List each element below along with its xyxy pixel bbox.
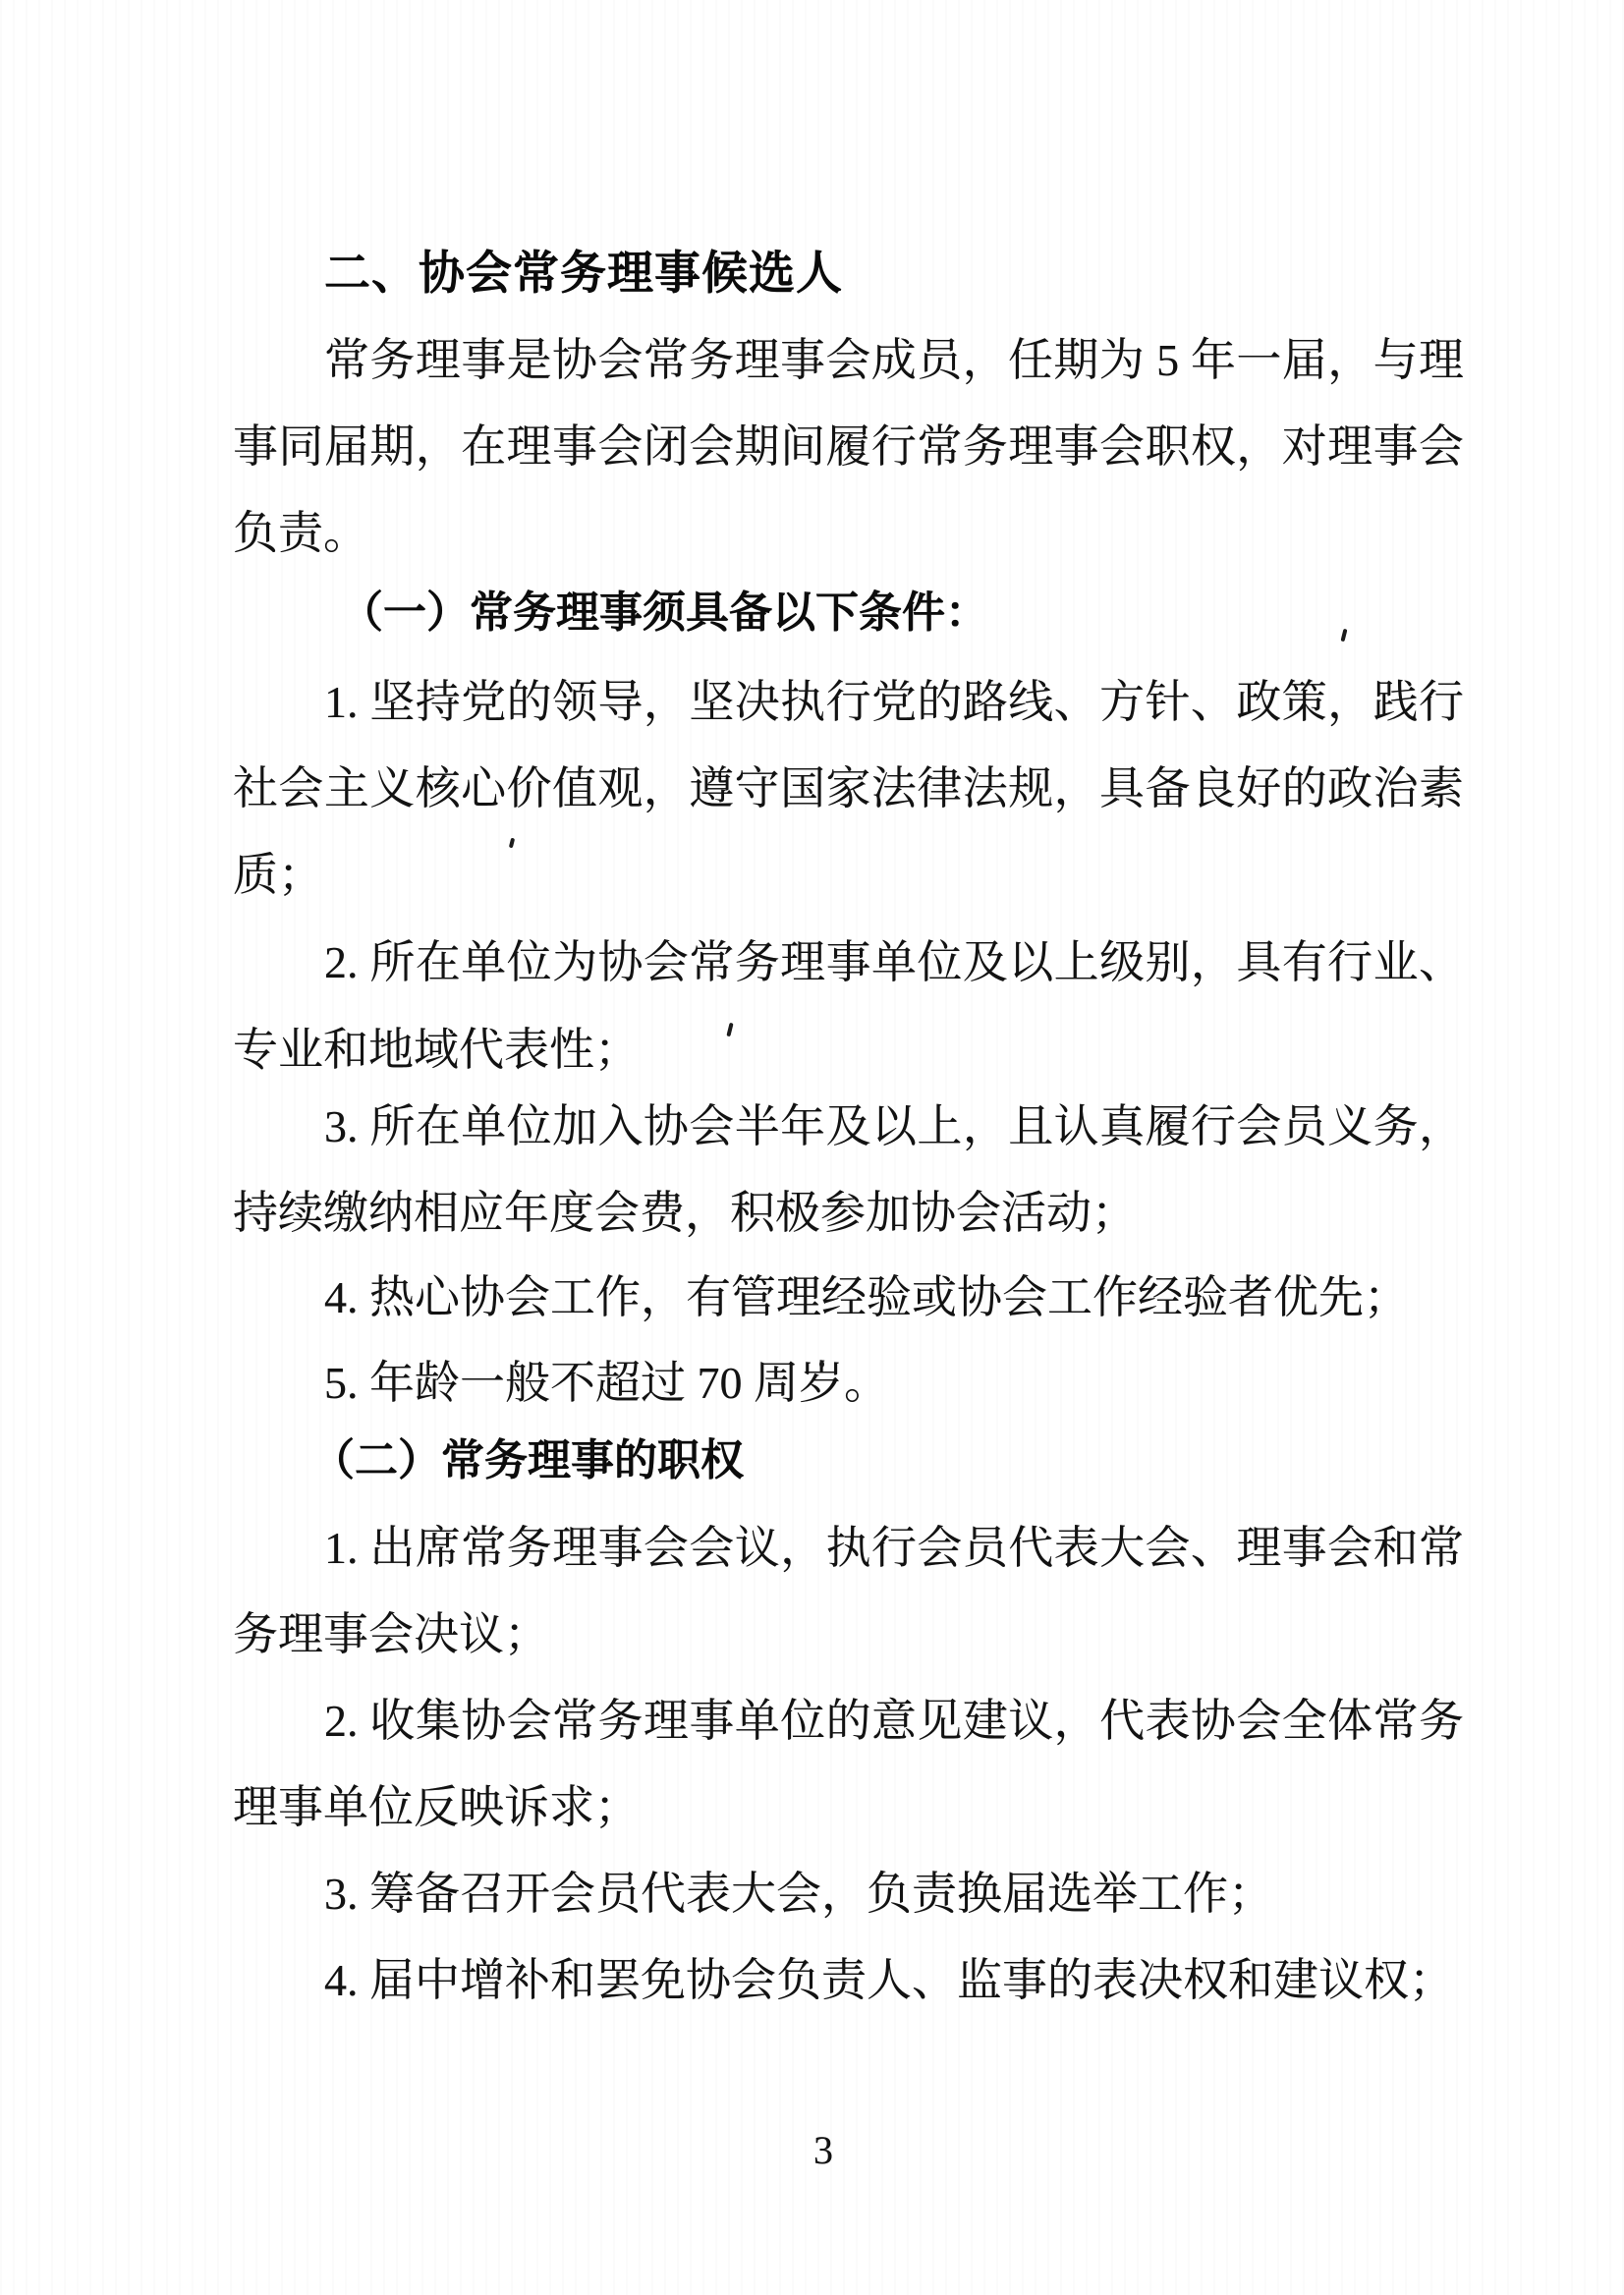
list-item-line: 1. 坚持党的领导，坚决执行党的路线、方针、政策，践行 [324, 677, 1464, 728]
page-number: 3 [764, 2125, 882, 2176]
list-item-line: 1. 出席常务理事会会议，执行会员代表大会、理事会和常 [324, 1523, 1464, 1574]
scanned-document-page: { "colors": { "ink": "#121212", "paper":… [0, 0, 1624, 2295]
list-item-line: 3. 筹备召开会员代表大会，负责换届选举工作； [324, 1869, 1273, 1920]
list-item-line: 2. 所在单位为协会常务理事单位及以上级别，具有行业、 [324, 937, 1464, 988]
ink-speck [1340, 629, 1347, 643]
list-item-line: 5. 年龄一般不超过 70 周岁。 [324, 1358, 889, 1409]
paragraph-line: 负责。 [233, 508, 368, 559]
heading-level-1: 二、协会常务理事候选人 [324, 248, 843, 299]
heading-level-2: （二）常务理事的职权 [311, 1435, 744, 1486]
list-item-line: 质； [233, 850, 323, 901]
list-item-line: 专业和地域代表性； [233, 1025, 640, 1076]
list-item-line: 4. 届中增补和罢免协会负责人、监事的表决权和建议权； [324, 1955, 1454, 2006]
list-item-line: 4. 热心协会工作，有管理经验或协会工作经验者优先； [324, 1272, 1409, 1323]
list-item-line: 持续缴纳相应年度会费，积极参加协会活动； [233, 1188, 1137, 1239]
list-item-line: 务理事会决议； [233, 1609, 549, 1660]
heading-level-2: （一）常务理事须具备以下条件： [340, 588, 988, 639]
ink-speck [509, 838, 515, 849]
paragraph-line: 事同届期，在理事会闭会期间履行常务理事会职权，对理事会 [233, 421, 1464, 473]
paragraph-line: 常务理事是协会常务理事会成员，任期为 5 年一届，与理 [324, 335, 1464, 386]
ink-speck [726, 1023, 733, 1037]
list-item-line: 社会主义核心价值观，遵守国家法律法规，具备良好的政治素 [233, 763, 1464, 814]
list-item-line: 2. 收集协会常务理事单位的意见建议，代表协会全体常务 [324, 1696, 1464, 1747]
list-item-line: 3. 所在单位加入协会半年及以上，且认真履行会员义务， [324, 1101, 1464, 1152]
list-item-line: 理事单位反映诉求； [233, 1782, 640, 1833]
